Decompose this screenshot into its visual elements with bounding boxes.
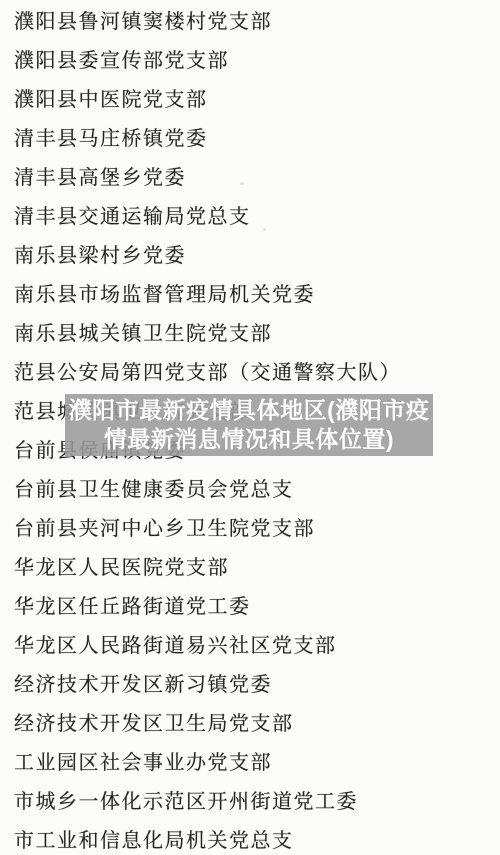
list-item: 清丰县高堡乡党委 — [14, 159, 500, 198]
list-item: 濮阳县中医院党支部 — [14, 81, 500, 120]
list-item: 工业园区社会事业办党支部 — [14, 744, 500, 783]
list-item: 清丰县交通运输局党总支 — [14, 198, 500, 237]
list-item: 市工业和信息化局机关党总支 — [14, 822, 500, 855]
list-item: 台前县卫生健康委员会党总支 — [14, 471, 500, 510]
scanned-page: 濮阳县鲁河镇窦楼村党支部濮阳县委宣传部党支部濮阳县中医院党支部清丰县马庄桥镇党委… — [0, 0, 500, 855]
list-item: 范县公安局第四党支部（交通警察大队） — [14, 354, 500, 393]
title-watermark-overlay: 濮阳市最新疫情具体地区(濮阳市疫 情最新消息情况和具体位置) — [65, 394, 433, 456]
list-item: 经济技术开发区新习镇党委 — [14, 666, 500, 705]
scan-speck — [240, 182, 244, 185]
list-item: 南乐县城关镇卫生院党支部 — [14, 315, 500, 354]
list-item: 华龙区任丘路街道党工委 — [14, 588, 500, 627]
watermark-title-line2: 情最新消息情况和具体位置) — [104, 425, 394, 454]
list-item: 濮阳县委宣传部党支部 — [14, 42, 500, 81]
list-item: 濮阳县鲁河镇窦楼村党支部 — [14, 3, 500, 42]
list-item: 台前县夹河中心乡卫生院党支部 — [14, 510, 500, 549]
list-item: 市城乡一体化示范区开州街道党工委 — [14, 783, 500, 822]
list-item: 清丰县马庄桥镇党委 — [14, 120, 500, 159]
watermark-title-line1: 濮阳市最新疫情具体地区(濮阳市疫 — [69, 396, 430, 425]
list-item: 华龙区人民路街道易兴社区党支部 — [14, 627, 500, 666]
list-item: 南乐县市场监督管理局机关党委 — [14, 276, 500, 315]
scan-speck — [263, 228, 266, 231]
list-item: 经济技术开发区卫生局党支部 — [14, 705, 500, 744]
list-item: 华龙区人民医院党支部 — [14, 549, 500, 588]
list-item: 南乐县梁村乡党委 — [14, 237, 500, 276]
